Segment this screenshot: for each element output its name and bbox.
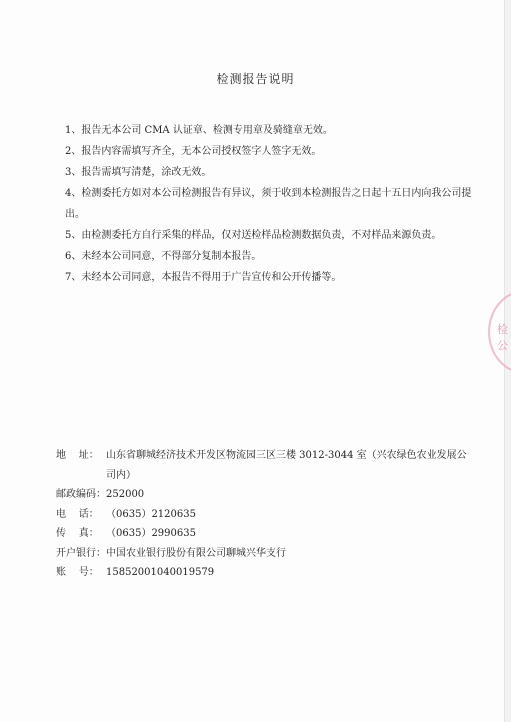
postcode-row: 邮政编码： 252000 xyxy=(56,485,476,505)
document-title: 检测报告说明 xyxy=(0,70,511,87)
note-item: 7、未经本公司同意，本报告不得用于广告宣传和公开传播等。 xyxy=(65,267,480,288)
note-item: 6、未经本公司同意，不得部分复制本报告。 xyxy=(65,246,480,267)
note-item: 2、报告内容需填写齐全，无本公司授权签字人签字无效。 xyxy=(65,141,480,162)
bank-label: 开户银行： xyxy=(56,544,106,564)
postcode-label: 邮政编码： xyxy=(56,485,106,505)
fax-label: 传 真： xyxy=(56,524,106,544)
notes-list: 1、报告无本公司 CMA 认证章、检测专用章及骑缝章无效。 2、报告内容需填写齐… xyxy=(65,120,480,288)
bank-value: 中国农业银行股份有限公司聊城兴华支行 xyxy=(106,544,476,564)
note-item: 3、报告需填写清楚，涂改无效。 xyxy=(65,162,480,183)
fax-value: （0635）2990635 xyxy=(106,524,476,544)
account-row: 账 号： 15852001040019579 xyxy=(56,563,476,583)
note-item: 4、检测委托方如对本公司检测报告有异议，须于收到本检测报告之日起十五日内向我公司… xyxy=(65,183,480,225)
note-item: 5、由检测委托方自行采集的样品，仅对送检样品检测数据负责，不对样品来源负责。 xyxy=(65,225,480,246)
address-label: 地 址： xyxy=(56,446,106,485)
postcode-value: 252000 xyxy=(106,485,476,505)
contact-info: 地 址： 山东省聊城经济技术开发区物流园三区三楼 3012-3044 室（兴农绿… xyxy=(56,446,476,583)
phone-value: （0635）2120635 xyxy=(106,505,476,525)
phone-label: 电 话： xyxy=(56,505,106,525)
bank-row: 开户银行： 中国农业银行股份有限公司聊城兴华支行 xyxy=(56,544,476,564)
account-label: 账 号： xyxy=(56,563,106,583)
phone-row: 电 话： （0635）2120635 xyxy=(56,505,476,525)
address-row: 地 址： 山东省聊城经济技术开发区物流园三区三楼 3012-3044 室（兴农绿… xyxy=(56,446,476,485)
account-value: 15852001040019579 xyxy=(106,563,476,583)
seal-stamp-text: 检公 xyxy=(497,322,508,354)
address-value: 山东省聊城经济技术开发区物流园三区三楼 3012-3044 室（兴农绿色农业发展… xyxy=(106,446,476,485)
note-item: 1、报告无本公司 CMA 认证章、检测专用章及骑缝章无效。 xyxy=(65,120,480,141)
document-page xyxy=(0,0,505,722)
fax-row: 传 真： （0635）2990635 xyxy=(56,524,476,544)
